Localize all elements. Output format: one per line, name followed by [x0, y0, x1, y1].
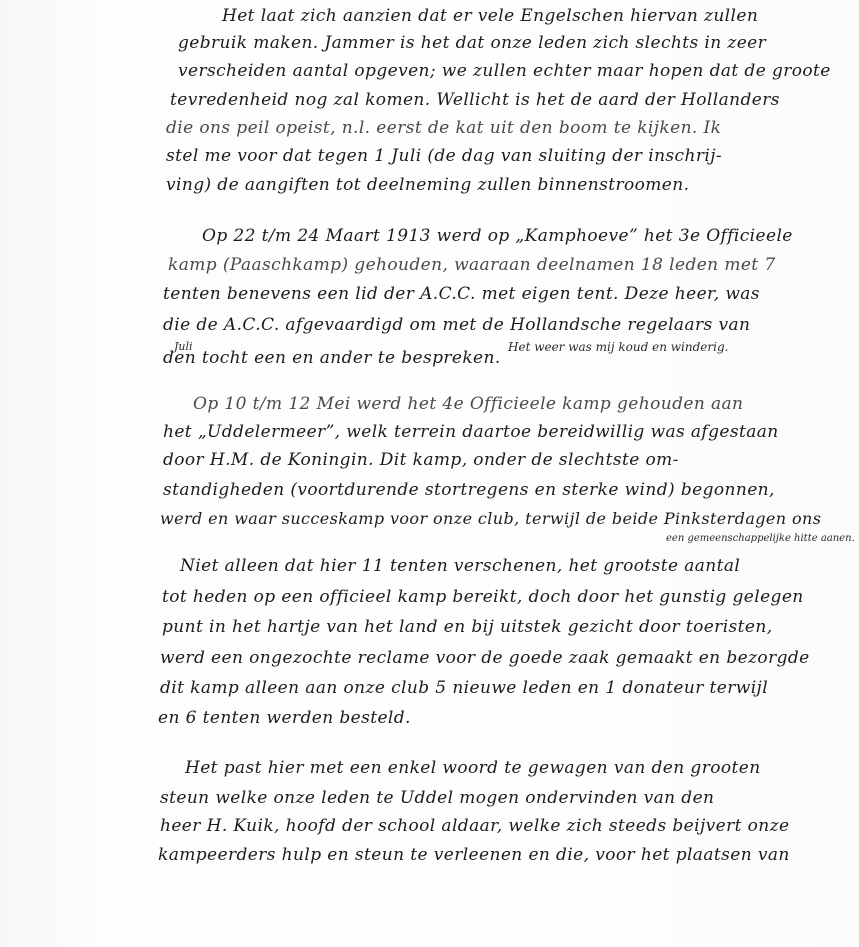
text-line: den tocht een en ander te bespreken. [163, 350, 501, 367]
text-line: tenten benevens een lid der A.C.C. met e… [163, 286, 760, 303]
text-line: en 6 tenten werden besteld. [158, 710, 411, 727]
interlinear-note: Het weer was mij koud en winderig. [508, 341, 728, 353]
text-line: die ons peil opeist, n.l. eerst de kat u… [166, 120, 721, 137]
text-line: Het past hier met een enkel woord te gew… [185, 760, 761, 777]
text-line: verscheiden aantal opgeven; we zullen ec… [178, 63, 831, 80]
text-line: Niet alleen dat hier 11 tenten verschene… [180, 558, 740, 575]
manuscript-page: Het laat zich aanzien dat er vele Engels… [0, 0, 859, 947]
text-line: kamp (Paaschkamp) gehouden, waaraan deel… [168, 257, 776, 274]
text-line: die de A.C.C. afgevaardigd om met de Hol… [163, 317, 750, 334]
text-line: dit kamp alleen aan onze club 5 nieuwe l… [160, 680, 768, 697]
text-line: ving) de aangiften tot deelneming zullen… [166, 177, 689, 194]
text-line: gebruik maken. Jammer is het dat onze le… [178, 35, 766, 52]
text-line: punt in het hartje van het land en bij u… [162, 619, 773, 636]
interlinear-note: een gemeenschappelijke hitte aanen. [666, 534, 855, 544]
text-line: stel me voor dat tegen 1 Juli (de dag va… [166, 148, 722, 165]
text-line: door H.M. de Koningin. Dit kamp, onder d… [163, 452, 679, 469]
text-line: werd een ongezochte reclame voor de goed… [160, 650, 810, 667]
text-line: Op 22 t/m 24 Maart 1913 werd op „Kamphoe… [202, 228, 793, 245]
text-line: heer H. Kuik, hoofd der school aldaar, w… [160, 818, 789, 835]
text-line: het „Uddelermeer”, welk terrein daartoe … [163, 424, 779, 441]
text-line: Op 10 t/m 12 Mei werd het 4e Officieele … [193, 396, 743, 413]
text-line: kampeerders hulp en steun te verleenen e… [158, 847, 790, 864]
text-line: tevredenheid nog zal komen. Wellicht is … [170, 92, 780, 109]
text-line: tot heden op een officieel kamp bereikt,… [162, 589, 804, 606]
text-line: werd en waar succeskamp voor onze club, … [160, 511, 821, 527]
text-line: Het laat zich aanzien dat er vele Engels… [222, 8, 758, 25]
text-line: standigheden (voortdurende stortregens e… [163, 482, 775, 499]
text-line: steun welke onze leden te Uddel mogen on… [160, 790, 714, 807]
